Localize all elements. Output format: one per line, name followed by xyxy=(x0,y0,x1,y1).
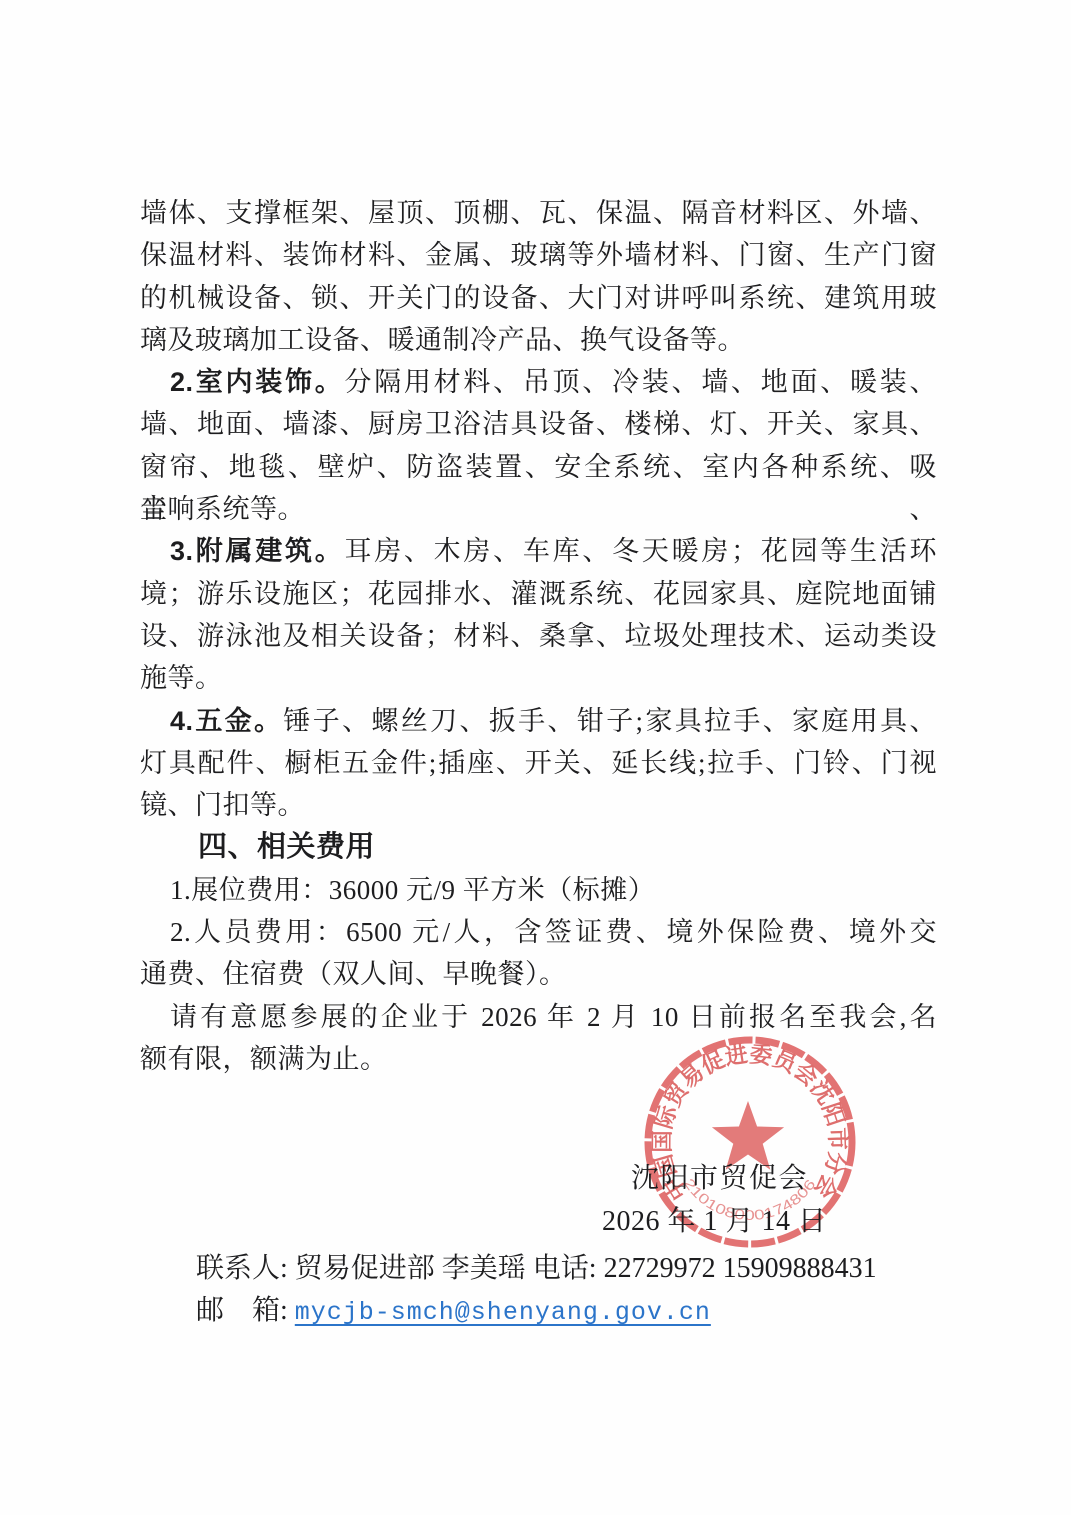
contact-label: 联系人: xyxy=(196,1253,295,1284)
document-page: 中国国际贸易促进委员会沈阳市分会 210108000174806 墙体、支撑框架… xyxy=(0,0,1071,1515)
contact-person: 贸易促进部 李美瑶 xyxy=(295,1253,533,1284)
contact-line: 联系人: 贸易促进部 李美瑶 电话: 22729972 15909888431 xyxy=(196,1246,877,1286)
email-line: 邮 箱: mycjb-smch@shenyang.gov.cn xyxy=(196,1288,711,1328)
phone-label: 电话: xyxy=(533,1253,604,1284)
signature-organization: 沈阳市贸促会 xyxy=(631,1156,808,1196)
phone-number: 22729972 15909888431 xyxy=(604,1253,877,1284)
email-label: 邮 箱: xyxy=(196,1295,295,1326)
signature-date: 2026 年 1 月 14 日 xyxy=(602,1199,827,1239)
email-link[interactable]: mycjb-smch@shenyang.gov.cn xyxy=(295,1298,711,1327)
